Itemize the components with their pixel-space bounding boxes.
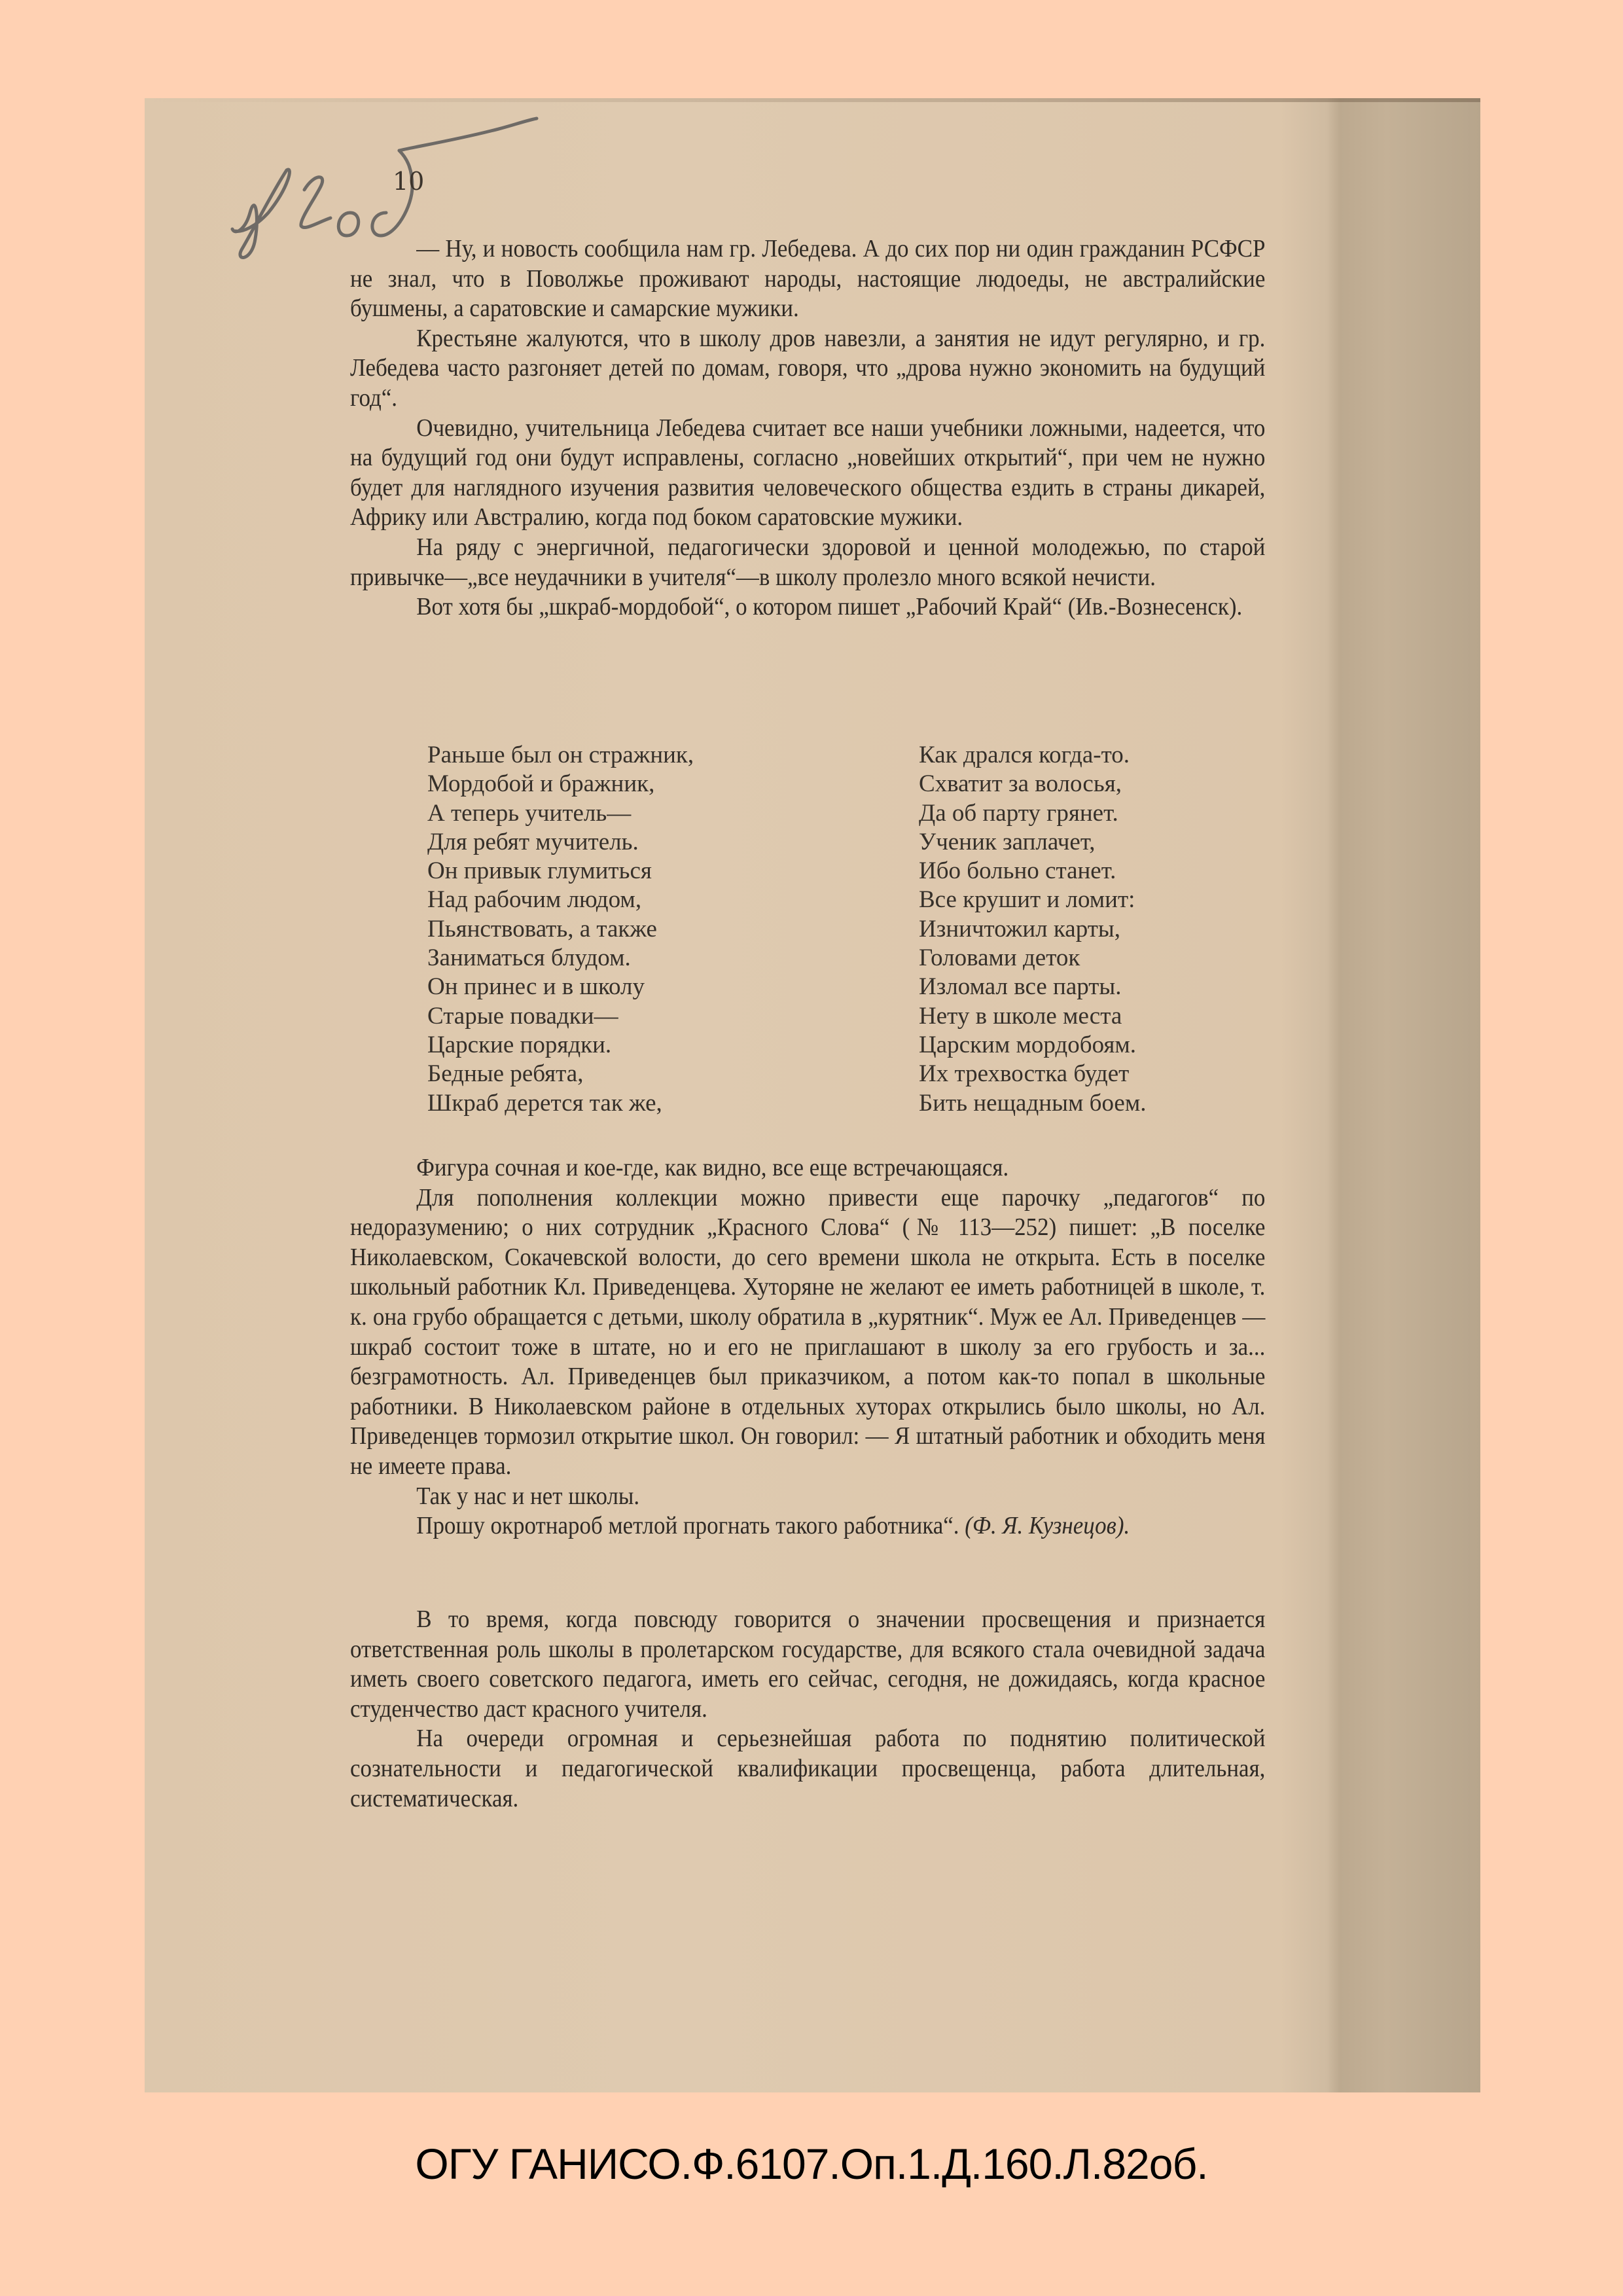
poem-line: Изломал все парты.: [919, 973, 1147, 1001]
poem-line: Раньше был он стражник,: [427, 741, 694, 770]
paragraph: Крестьяне жалуются, что в школу дров нав…: [350, 324, 1265, 414]
poem-line: Схватит за волосья,: [919, 770, 1147, 798]
paragraph-text: Прошу окротнароб метлой прогнать такого …: [416, 1512, 959, 1539]
paragraph: На ряду с энергичной, педагогически здор…: [350, 533, 1265, 592]
poem-line: Царским мордобоям.: [919, 1031, 1147, 1060]
paragraph: На очереди огромная и серьезнейшая работ…: [350, 1724, 1265, 1814]
section-3-text: В то время, когда повсюду говорится о зн…: [350, 1605, 1265, 1814]
poem-line: Все крушит и ломит:: [919, 886, 1147, 914]
poem-line: Бедные ребята,: [427, 1060, 694, 1088]
poem-line: Их трехвостка будет: [919, 1060, 1147, 1088]
poem-line: Нету в школе места: [919, 1002, 1147, 1031]
poem-line: Он привык глумиться: [427, 857, 694, 886]
poem-line: Бить нещадным боем.: [919, 1089, 1147, 1118]
paragraph: Очевидно, учительница Лебедева считает в…: [350, 414, 1265, 533]
section-1-text: — Ну, и новость сообщила нам гр. Лебедев…: [350, 234, 1265, 622]
page-number: 10: [393, 167, 424, 196]
paragraph: Для пополнения коллекции можно привести …: [350, 1183, 1265, 1482]
poem-right-column: Как дрался когда-то. Схватит за волосья,…: [919, 741, 1147, 1118]
poem-line: Над рабочим людом,: [427, 886, 694, 914]
poem-line: А теперь учитель—: [427, 799, 694, 828]
poem-line: Для ребят мучитель.: [427, 828, 694, 857]
poem-line: Как дрался когда-то.: [919, 741, 1147, 770]
poem-left-column: Раньше был он стражник, Мордобой и бражн…: [427, 741, 694, 1118]
paragraph: Так у нас и нет школы.: [350, 1482, 1265, 1512]
paragraph-with-signature: Прошу окротнароб метлой прогнать такого …: [350, 1511, 1265, 1541]
poem-line: Изничтожил карты,: [919, 915, 1147, 944]
poem-line: Мордобой и бражник,: [427, 770, 694, 798]
poem-line: Шкраб дерется так же,: [427, 1089, 694, 1118]
poem-line: Да об парту грянет.: [919, 799, 1147, 828]
paragraph: — Ну, и новость сообщила нам гр. Лебедев…: [350, 234, 1265, 324]
poem-line: Заниматься блудом.: [427, 944, 694, 973]
section-2-text: Фигура сочная и кое-где, как видно, все …: [350, 1153, 1265, 1541]
poem-line: Старые повадки—: [427, 1002, 694, 1031]
poem-line: Головами деток: [919, 944, 1147, 973]
poem-line: Ученик заплачет,: [919, 828, 1147, 857]
poem-line: Ибо больно станет.: [919, 857, 1147, 886]
poem-line: Он принес и в школу: [427, 973, 694, 1001]
poem-line: Царские порядки.: [427, 1031, 694, 1060]
archive-reference-caption: ОГУ ГАНИСО.Ф.6107.Оп.1.Д.160.Л.82об.: [0, 2139, 1623, 2189]
paragraph: Фигура сочная и кое-где, как видно, все …: [350, 1153, 1265, 1183]
paragraph: В то время, когда повсюду говорится о зн…: [350, 1605, 1265, 1724]
poem-line: Пьянствовать, а также: [427, 915, 694, 944]
author-signature: (Ф. Я. Кузнецов).: [965, 1512, 1130, 1539]
paragraph: Вот хотя бы „шкраб-мордобой“, о котором …: [350, 592, 1265, 622]
